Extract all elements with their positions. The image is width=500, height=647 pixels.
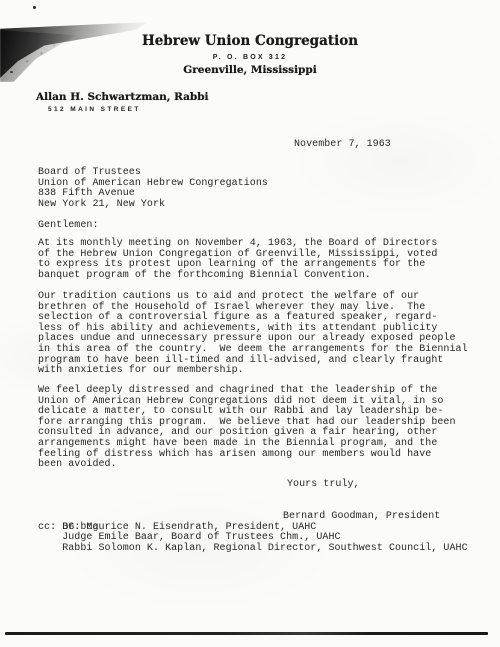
letterhead-street-address: 512 MAIN STREET (48, 106, 141, 113)
letterhead-rabbi-name: Allan H. Schwartzman, Rabbi (36, 91, 209, 103)
scanned-letter-page: Hebrew Union Congregation P. O. BOX 312 … (0, 0, 500, 647)
body-paragraph-3: We feel deeply distressed and chagrined … (38, 386, 456, 471)
closing-line: Yours truly, (287, 480, 360, 491)
salutation: Gentlemen: (38, 221, 99, 232)
letterhead-city: Greenville, Mississippi (0, 64, 500, 76)
cc-list: cc: Dr. Maurice N. Eisendrath, President… (38, 523, 468, 555)
signature-name: Bernard Goodman, President (283, 512, 440, 523)
recipient-address-block: Board of Trustees Union of American Hebr… (38, 168, 268, 210)
body-paragraph-1: At its monthly meeting on November 4, 19… (38, 239, 437, 281)
scan-artifact-dot (33, 6, 36, 9)
letterhead-organization-name: Hebrew Union Congregation (0, 33, 500, 49)
letterhead-po-box: P. O. BOX 312 (0, 54, 500, 61)
body-paragraph-2: Our tradition cautions us to aid and pro… (38, 292, 468, 377)
letter-date: November 7, 1963 (294, 140, 391, 151)
scan-artifact-bottom-edge-line (5, 632, 488, 635)
